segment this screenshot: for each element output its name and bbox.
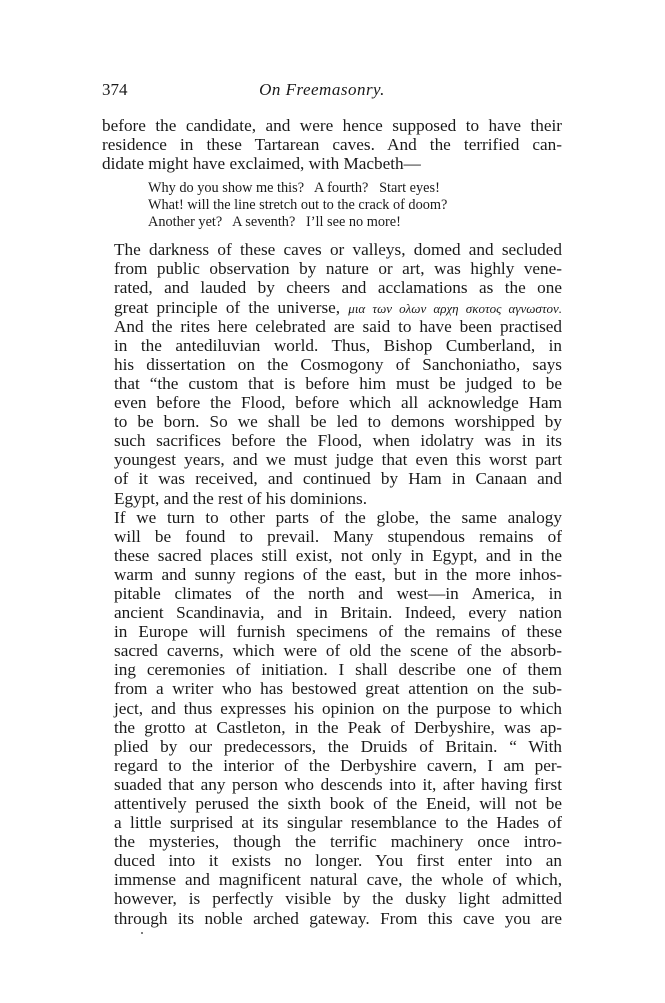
book-page: 374 On Freemasonry. before the candidate… [102, 78, 562, 928]
text-line: residence in these Tartarean caves. And … [102, 135, 562, 154]
text-line: And the rites here celebrated are said t… [102, 317, 562, 336]
text-line: ancient Scandinavia, and in Britain. Ind… [102, 603, 562, 622]
print-speck [141, 932, 143, 934]
running-title: On Freemasonry. [102, 78, 562, 102]
text-line: didate might have exclaimed, with Macbet… [102, 154, 562, 173]
verse-line: Another yet? A seventh? I’ll see no more… [148, 214, 562, 231]
text-line: before the candidate, and were hence sup… [102, 116, 562, 135]
text-line: from public observation by nature or art… [102, 259, 562, 278]
text-line: in Europe will furnish specimens of the … [102, 622, 562, 641]
text-line: regard to the interior of the Derbyshire… [102, 756, 562, 775]
running-head: 374 On Freemasonry. [102, 78, 562, 102]
text-line: even before the Flood, before which all … [102, 393, 562, 412]
text-line: from a writer who has bestowed great att… [102, 679, 562, 698]
body-text: before the candidate, and were hence sup… [102, 116, 562, 928]
text-line-with-greek: great principle of the universe, μια των… [102, 298, 562, 317]
text-line: a little surprised at its singular resem… [102, 813, 562, 832]
text-line: however, is perfectly visible by the dus… [102, 889, 562, 908]
text-line: youngest years, and we must judge that e… [102, 450, 562, 469]
text-line: plied by our predecessors, the Druids of… [102, 737, 562, 756]
text-line: through its noble arched gateway. From t… [102, 909, 562, 928]
text-line: duced into it exists no longer. You firs… [102, 851, 562, 870]
paragraph-3: If we turn to other parts of the globe, … [102, 508, 562, 928]
verse-line: Why do you show me this? A fourth? Start… [148, 180, 562, 197]
text-line: his dissertation on the Cosmogony of San… [102, 355, 562, 374]
text-line: to be born. So we shall be led to demons… [102, 412, 562, 431]
text-line: sacred caverns, which were of old the sc… [102, 641, 562, 660]
text-line: ing ceremonies of initiation. I shall de… [102, 660, 562, 679]
paragraph-2: The darkness of these caves or valleys, … [102, 240, 562, 507]
verse-quotation: Why do you show me this? A fourth? Start… [148, 180, 562, 231]
greek-phrase: μια των ολων αρχη σκοτος αγνωστον. [348, 301, 562, 316]
text-line: The darkness of these caves or valleys, … [102, 240, 562, 259]
text-line: pitable climates of the north and west—i… [102, 584, 562, 603]
text-segment: great principle of the universe, [114, 298, 340, 317]
text-line: Egypt, and the rest of his dominions. [102, 489, 562, 508]
text-line: the grotto at Castleton, in the Peak of … [102, 718, 562, 737]
text-line: these sacred places still exist, not onl… [102, 546, 562, 565]
text-line: suaded that any person who descends into… [102, 775, 562, 794]
text-line: such sacrifices before the Flood, when i… [102, 431, 562, 450]
text-line: warm and sunny regions of the east, but … [102, 565, 562, 584]
verse-line: What! will the line stretch out to the c… [148, 197, 562, 214]
text-line: ject, and thus expresses his opinion on … [102, 699, 562, 718]
paragraph-1: before the candidate, and were hence sup… [102, 116, 562, 173]
text-line: of it was received, and continued by Ham… [102, 469, 562, 488]
text-line: that “the custom that is before him must… [102, 374, 562, 393]
text-line: immense and magnificent natural cave, th… [102, 870, 562, 889]
text-line: rated, and lauded by cheers and acclamat… [102, 278, 562, 297]
text-line: If we turn to other parts of the globe, … [102, 508, 562, 527]
text-line: the mysteries, though the terrific machi… [102, 832, 562, 851]
text-line: in the antediluvian world. Thus, Bishop … [102, 336, 562, 355]
text-line: will be found to prevail. Many stupendou… [102, 527, 562, 546]
text-line: attentively perused the sixth book of th… [102, 794, 562, 813]
